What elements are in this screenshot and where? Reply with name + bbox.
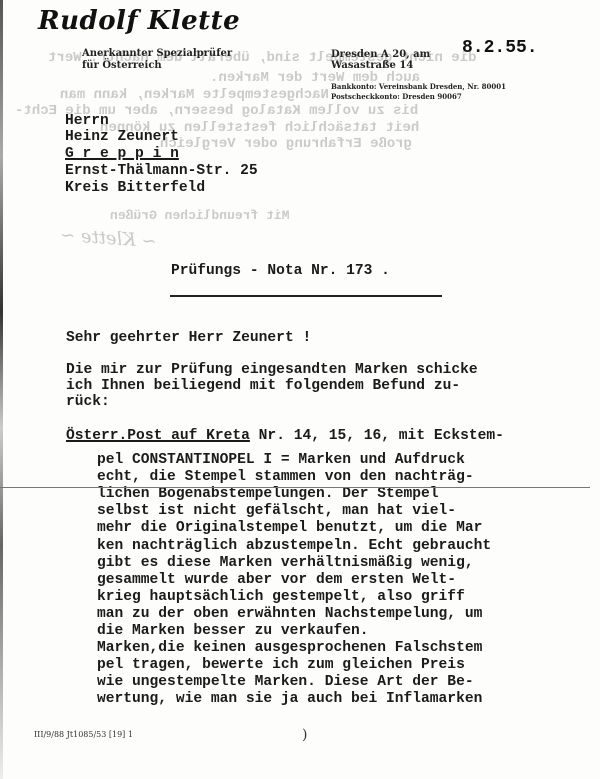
subject-line: Österr.Post auf Kreta Nr. 14, 15, 16, mi… <box>66 428 504 445</box>
bleed-line: Nachgestempelte Marken, kann man <box>60 87 329 103</box>
recipient-city: G r e p p i n <box>65 146 179 163</box>
body-line: lichen Bogenabstempelungen. Der Stempel <box>97 486 439 503</box>
page-mark: ) <box>302 727 307 743</box>
body-line: gibt es diese Marken verhältnismäßig wen… <box>97 555 474 572</box>
letter-date: 8.2.55. <box>462 38 538 58</box>
print-code: III/9/88 Jt1085/53 [19] 1 <box>34 730 133 739</box>
body-line: selbst ist nicht gefälscht, man hat viel… <box>97 503 456 520</box>
body-line: gesammelt wurde aber vor dem ersten Welt… <box>97 572 456 589</box>
body-line: krieg hauptsächlich gestempelt, also gri… <box>97 589 465 606</box>
letterhead-bank: Bankkonto: Vereinsbank Dresden, Nr. 8000… <box>331 82 506 91</box>
letterhead-name: Rudolf Klette <box>38 6 240 36</box>
scan-edge <box>0 0 3 779</box>
intro-line: Die mir zur Prüfung eingesandten Marken … <box>66 362 478 379</box>
intro-line: rück: <box>66 394 110 411</box>
recipient-name: Heinz Zeunert <box>65 129 179 146</box>
body-line: die Marken besser zu verkaufen. <box>97 623 369 640</box>
body-line: Marken,die keinen ausgesprochenen Falsch… <box>97 640 482 657</box>
letterhead-title-1: Anerkannter Spezialprüfer <box>82 48 232 59</box>
body-line: man zu der oben erwähnten Nachstempelung… <box>97 606 482 623</box>
body-line: wertung, wie man sie ja auch bei Inflama… <box>97 691 482 708</box>
subject-rest: Nr. 14, 15, 16, mit Eckstem- <box>250 428 504 444</box>
document-heading: Prüfungs - Nota Nr. 173 . <box>171 263 390 280</box>
body-line: pel tragen, bewerte ich zum gleichen Pre… <box>97 657 465 674</box>
recipient-street: Ernst-Thälmann-Str. 25 <box>65 163 258 180</box>
intro-line: ich Ihnen beiliegend mit folgendem Befun… <box>66 378 460 395</box>
letterhead-street: Wasastraße 14 <box>331 60 413 71</box>
greeting: Sehr geehrter Herr Zeunert ! <box>66 330 311 347</box>
heading-rule <box>170 295 442 297</box>
body-line: wie ungestempelte Marken. Diese Art der … <box>97 674 474 691</box>
letterhead-city: Dresden A 20, am <box>331 49 430 60</box>
scan-line <box>0 487 590 488</box>
body-line: ken nachträglich abzustempeln. Echt gebr… <box>97 538 491 555</box>
body-line: echt, die Stempel stammen von den nachtr… <box>97 469 474 486</box>
letterhead-postal: Postscheckkonto: Dresden 90067 <box>331 92 462 101</box>
bleed-line: Mit freundlichen Grüßen <box>110 208 289 223</box>
bleed-signature: ~ Klette ~ <box>59 225 157 253</box>
bleed-line: große Erfahrung oder Vergleich <box>160 136 412 152</box>
recipient-salutation: Herrn <box>65 113 109 130</box>
subject-title: Österr.Post auf Kreta <box>66 428 250 444</box>
body-line: pel CONSTANTINOPEL I = Marken und Aufdru… <box>97 452 465 469</box>
body-line: mehr die Originalstempel benutzt, um die… <box>97 520 482 537</box>
recipient-district: Kreis Bitterfeld <box>65 180 205 197</box>
letterhead-title-2: für Österreich <box>82 60 162 71</box>
